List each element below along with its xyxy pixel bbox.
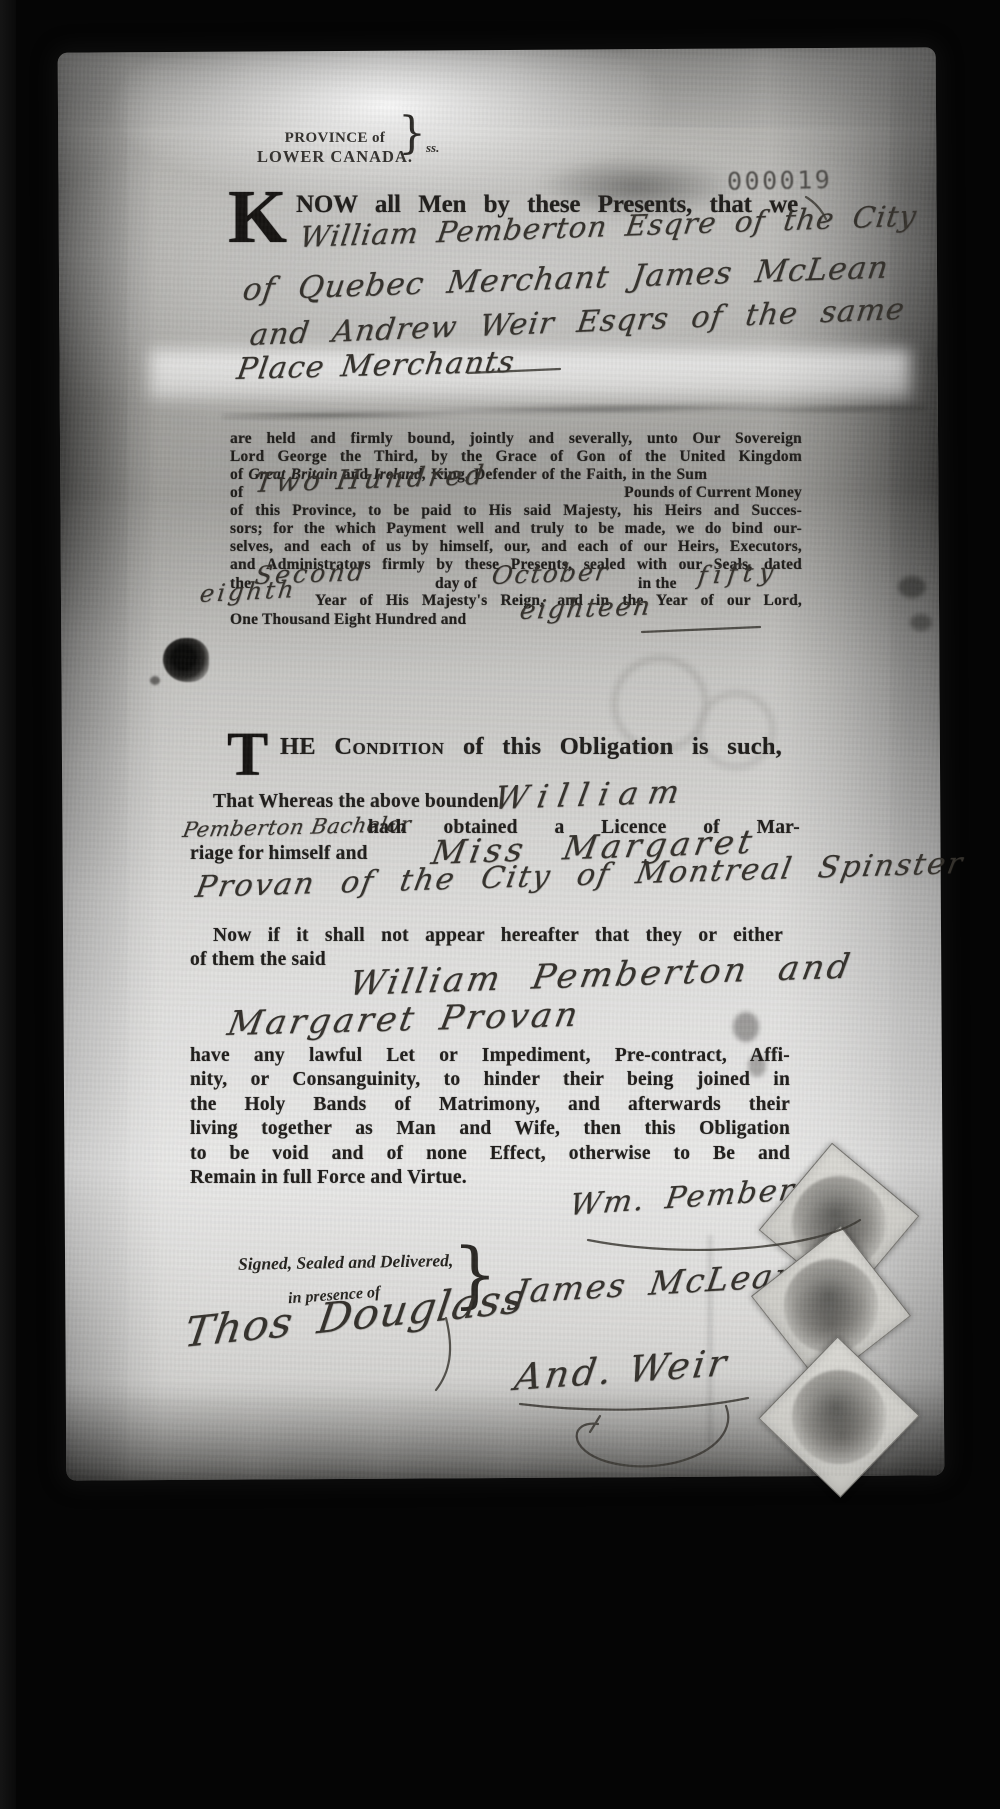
paper-grain-texture	[58, 47, 945, 1480]
microfilm-scan: PROVINCE of LOWER CANADA. } ss. 000019 K…	[0, 0, 1000, 1809]
film-edge-strip	[0, 0, 16, 1809]
